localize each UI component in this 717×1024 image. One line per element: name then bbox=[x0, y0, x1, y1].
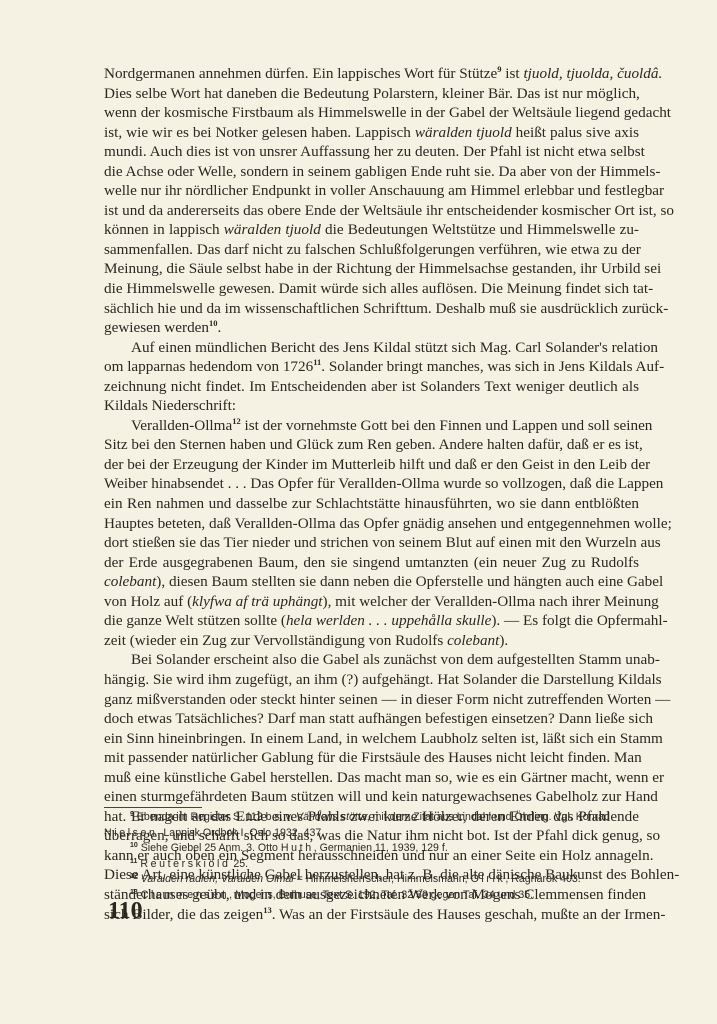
text-line: von Holz auf (klyfwa af trä uphängt), mi… bbox=[104, 592, 639, 612]
footnote-line: 9 Ebenda im Register S. 112 b s. v. Värl… bbox=[104, 810, 639, 826]
paragraph: Auf einen mündlichen Bericht des Jens Ki… bbox=[104, 338, 639, 416]
italic-term: hela werlden . . . uppehålla skulle bbox=[286, 612, 491, 629]
footnote-ref: 11 bbox=[130, 858, 137, 865]
footnote-ref: 13 bbox=[130, 889, 138, 896]
text-line: Kildals Niederschrift: bbox=[104, 396, 639, 416]
footnote-line: 10 Siehe Giebel 25 Anm. 3. Otto Huth, Ge… bbox=[104, 841, 639, 857]
text-line: Auf einen mündlichen Bericht des Jens Ki… bbox=[104, 338, 639, 358]
text-line: doch etwas Tatsächliches? Darf man statt… bbox=[104, 709, 639, 729]
italic-term: colebant bbox=[104, 573, 156, 590]
page-number: 110 bbox=[108, 898, 143, 925]
author-name: Reuterskiöld bbox=[140, 858, 230, 870]
footnote-line: 11 Reuterskiöld 25. bbox=[104, 857, 639, 873]
footnote-ref: 12 bbox=[130, 873, 138, 880]
footnote-line: 13 Clemmensen, Mogens, Bulhuse, Text S. … bbox=[104, 888, 639, 904]
author-name: Huth bbox=[281, 842, 314, 854]
text-line: wenn der kosmische Firstbaum als Himmels… bbox=[104, 103, 639, 123]
italic-term: wäralden tjuold bbox=[224, 221, 321, 238]
author-name: Olrik bbox=[471, 873, 506, 885]
footnote-line: 12 Varalden radien, Varalden Olmai = Him… bbox=[104, 872, 639, 888]
italic-term: tjuold, tjuolda, čuoldâ. bbox=[523, 65, 662, 82]
author-name: Nielsen bbox=[104, 827, 158, 839]
text-line: colebant), diesen Baum stellten sie dann… bbox=[104, 572, 639, 592]
text-line: die ganze Welt stützen sollte (hela werl… bbox=[104, 611, 639, 631]
text-line: können in lappisch wäralden tjuold die B… bbox=[104, 220, 639, 240]
text-line: om lapparnas hedendom von 172611. Soland… bbox=[104, 357, 639, 377]
text-line: Verallden-Ollma12 ist der vornehmste Got… bbox=[104, 416, 639, 436]
text-line: zeichnung nicht findet. Im Entscheidende… bbox=[104, 377, 639, 397]
footnote-ref: 13 bbox=[263, 905, 272, 915]
footnote-ref: 11 bbox=[313, 357, 321, 367]
body-text: Nordgermanen annehmen dürfen. Ein lappis… bbox=[104, 64, 639, 924]
text-line: Meinung, die Säule selbst habe in der Ri… bbox=[104, 259, 639, 279]
text-line: ein Ren nahmen und dasselbe zur Schlacht… bbox=[104, 494, 639, 514]
text-line: ist, wie wir es bei Notker gelesen haben… bbox=[104, 123, 639, 143]
text-line: Bei Solander erscheint also die Gabel al… bbox=[104, 650, 639, 670]
footnotes: 9 Ebenda im Register S. 112 b s. v. Värl… bbox=[104, 810, 639, 904]
text-line: Nordgermanen annehmen dürfen. Ein lappis… bbox=[104, 64, 639, 84]
italic-term: Varalden radien, Varalden Olmai bbox=[141, 873, 294, 885]
footnote-ref: 10 bbox=[130, 842, 138, 849]
text-line: mit passender natürlicher Gablung für di… bbox=[104, 748, 639, 768]
text-line: der bei der Erzeugung der Kinder im Mutt… bbox=[104, 455, 639, 475]
paragraph: Verallden-Ollma12 ist der vornehmste Got… bbox=[104, 416, 639, 651]
footnote-ref: 12 bbox=[232, 416, 241, 426]
footnote-ref: 9 bbox=[130, 811, 134, 818]
text-line: sammenfallen. Das darf nicht zu falschen… bbox=[104, 240, 639, 260]
text-line: zeit (wieder ein Zug zur Vervollständigu… bbox=[104, 631, 639, 651]
book-page: Nordgermanen annehmen dürfen. Ein lappis… bbox=[0, 0, 717, 1024]
footnote-separator bbox=[104, 807, 202, 808]
text-line: Hauptes beteten, daß Verallden-Ollma das… bbox=[104, 514, 639, 534]
text-line: einen sturmgefährdeten Baum stützen will… bbox=[104, 787, 639, 807]
text-line: Sitz bei den Sternen haben und Glück zum… bbox=[104, 435, 639, 455]
text-line: ganz mißverstanden oder steckt hinter se… bbox=[104, 690, 639, 710]
text-line: sich Bilder, die das zeigen13. Was an de… bbox=[104, 905, 639, 925]
text-line: mundi. Auch dies ist von unsrer Auffassu… bbox=[104, 142, 639, 162]
italic-term: Världens stötta bbox=[296, 811, 367, 823]
text-line: sächlich hie und da im wissenschaftliche… bbox=[104, 299, 639, 319]
author-name: Clemmensen bbox=[141, 889, 229, 901]
italic-term: wäralden tjuold bbox=[415, 124, 512, 141]
text-line: der Erde ausgegrabenen Baum, den sie sin… bbox=[104, 553, 639, 573]
text-line: welle nur ihr nördlicher Endpunkt in vol… bbox=[104, 181, 639, 201]
text-line: muß eine künstliche Gabel herstellen. Da… bbox=[104, 768, 639, 788]
footnote-line: Nielsen, Lappisk Ordbok I, Oslo 1932, 43… bbox=[104, 826, 639, 842]
text-line: ist und da andererseits das obere Ende d… bbox=[104, 201, 639, 221]
text-line: ein Sinn hineinbringen. In einem Land, i… bbox=[104, 729, 639, 749]
text-line: Weiber hinabsendet . . . Das Opfer für V… bbox=[104, 474, 639, 494]
footnote-ref: 9 bbox=[497, 64, 501, 74]
paragraph: Nordgermanen annehmen dürfen. Ein lappis… bbox=[104, 64, 639, 338]
text-line: hängig. Sie wird ihm zugefügt, an ihm (?… bbox=[104, 670, 639, 690]
footnote-ref: 10 bbox=[209, 318, 218, 328]
text-line: die Himmelswelle gewesen. Damit würde si… bbox=[104, 279, 639, 299]
text-line: gewiesen werden10. bbox=[104, 318, 639, 338]
italic-term: klyfwa af trä uphängt bbox=[192, 593, 322, 610]
text-line: dort stießen sie das Tier nieder und str… bbox=[104, 533, 639, 553]
text-line: Dies selbe Wort hat daneben die Bedeutun… bbox=[104, 84, 639, 104]
text-line: die Achse oder Welle, sondern in seinem … bbox=[104, 162, 639, 182]
italic-term: colebant bbox=[447, 632, 499, 649]
